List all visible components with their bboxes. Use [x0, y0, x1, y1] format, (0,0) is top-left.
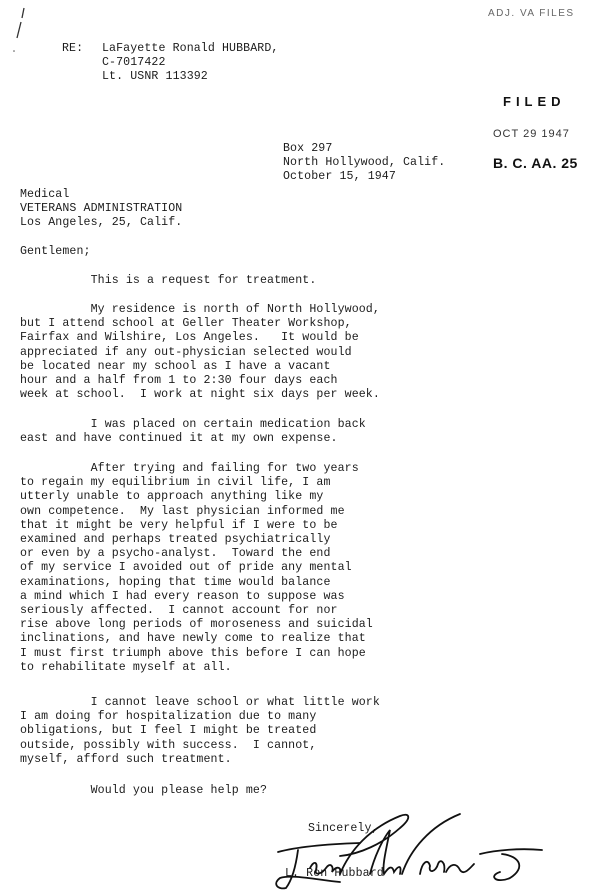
- body-line: inclinations, and have newly come to rea…: [20, 632, 366, 645]
- office-code-stamp: B. C. AA. 25: [493, 155, 578, 171]
- body-line: to regain my equilibrium in civil life, …: [20, 476, 331, 489]
- re-line-service-number: Lt. USNR 113392: [102, 70, 208, 83]
- sender-address-line: North Hollywood, Calif.: [283, 156, 445, 169]
- body-line: I cannot leave school or what little wor…: [20, 696, 380, 709]
- handwritten-signature-icon: [270, 810, 570, 890]
- margin-pencil-mark-icon: [10, 4, 30, 64]
- body-line: obligations, but I feel I might be treat…: [20, 724, 316, 737]
- body-line: utterly unable to approach anything like…: [20, 490, 323, 503]
- body-line: I am doing for hospitalization due to ma…: [20, 710, 316, 723]
- recipient-line: Medical: [20, 188, 69, 201]
- body-line: examined and perhaps treated psychiatric…: [20, 533, 331, 546]
- body-line: a mind which I had every reason to suppo…: [20, 590, 345, 603]
- body-line: examinations, hoping that time would bal…: [20, 576, 331, 589]
- body-line: outside, possibly with success. I cannot…: [20, 739, 316, 752]
- filed-date-stamp: OCT 29 1947: [493, 128, 570, 140]
- re-line-name: LaFayette Ronald HUBBARD,: [102, 42, 278, 55]
- body-line: My residence is north of North Hollywood…: [20, 303, 380, 316]
- sender-address-line: Box 297: [283, 142, 332, 155]
- body-line: or even by a psycho-analyst. Toward the …: [20, 547, 331, 560]
- body-line: seriously affected. I cannot account for…: [20, 604, 338, 617]
- re-label: RE:: [62, 42, 83, 55]
- salutation: Gentlemen;: [20, 245, 91, 258]
- filed-stamp: FILED: [503, 94, 566, 109]
- body-line: be located near my school as I have a va…: [20, 360, 331, 373]
- body-line: I was placed on certain medication back: [20, 418, 366, 431]
- body-line: Would you please help me?: [20, 784, 267, 797]
- body-line: I must first triumph above this before I…: [20, 647, 366, 660]
- body-line: Fairfax and Wilshire, Los Angeles. It wo…: [20, 331, 359, 344]
- body-line: of my service I avoided out of pride any…: [20, 561, 352, 574]
- body-line: myself, afford such treatment.: [20, 753, 232, 766]
- body-line: hour and a half from 1 to 2:30 four days…: [20, 374, 338, 387]
- body-line: appreciated if any out-physician selecte…: [20, 346, 352, 359]
- body-line: that it might be very helpful if I were …: [20, 519, 338, 532]
- recipient-line: Los Angeles, 25, Calif.: [20, 216, 182, 229]
- recipient-line: VETERANS ADMINISTRATION: [20, 202, 182, 215]
- body-line: east and have continued it at my own exp…: [20, 432, 338, 445]
- re-line-claim-number: C-7017422: [102, 56, 166, 69]
- file-header-stamp: ADJ. VA FILES: [488, 8, 575, 19]
- body-line: This is a request for treatment.: [20, 274, 316, 287]
- body-line: After trying and failing for two years: [20, 462, 359, 475]
- body-line: but I attend school at Geller Theater Wo…: [20, 317, 352, 330]
- body-line: week at school. I work at night six days…: [20, 388, 380, 401]
- letter-date: October 15, 1947: [283, 170, 396, 183]
- body-line: rise above long periods of moroseness an…: [20, 618, 373, 631]
- body-line: to rehabilitate myself at all.: [20, 661, 232, 674]
- body-line: own competence. My last physician inform…: [20, 505, 345, 518]
